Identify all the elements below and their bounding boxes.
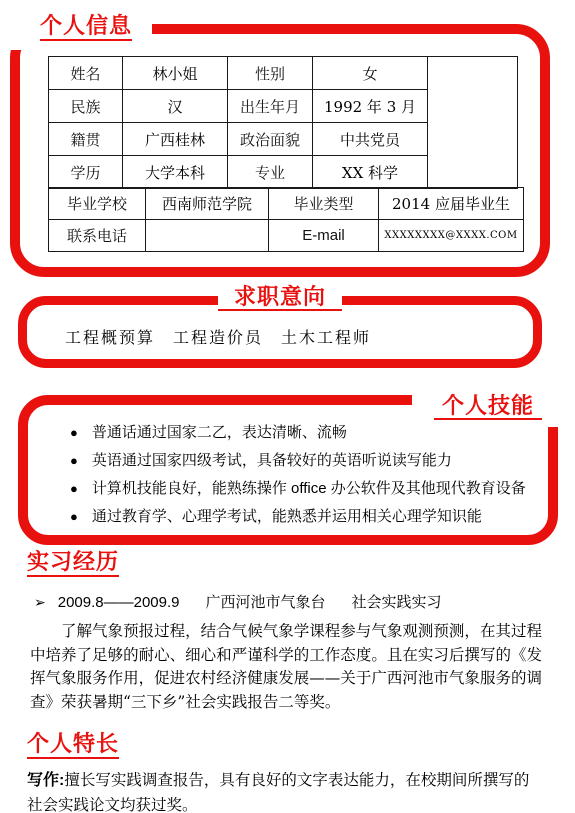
list-item: ●计算机技能良好，能熟练操作 office 办公软件及其他现代教育设备 [70,478,526,500]
photo-placeholder [428,57,518,189]
field-label: 性别 [228,57,313,90]
table-row: 联系电话 E-mail XXXXXXXX@XXXX.COM [49,220,524,252]
skill-text: 通过教育学、心理学考试，能熟悉并运用相关心理学知识能 [92,508,482,525]
field-label: 毕业类型 [269,188,379,220]
field-value: 广西桂林 [123,123,228,156]
bullet-dot-icon: ● [70,425,78,440]
skills-title: 个人技能 [434,393,542,420]
field-value: 女 [313,57,428,90]
field-value: 林小姐 [123,57,228,90]
list-item: ●英语通过国家四级考试，具备较好的英语听说读写能力 [70,450,526,472]
field-value: XX 科学 [313,156,428,189]
table-row: 姓名 林小姐 性别 女 [49,57,518,90]
field-value: 中共党员 [313,123,428,156]
field-value: 1992 年 3 月 [313,90,428,123]
arrow-bullet-icon: ➢ [34,594,46,610]
field-label: 学历 [49,156,123,189]
field-value [146,220,269,252]
skills-box: 个人技能 ●普通话通过国家二乙，表达清晰、流畅 ●英语通过国家四级考试，具备较好… [18,395,558,545]
email-value: XXXXXXXX@XXXX.COM [379,220,524,252]
field-label: 民族 [49,90,123,123]
internship-entry: ➢2009.8——2009.9广西河池市气象台社会实践实习 [34,591,442,612]
field-label: E-mail [269,220,379,252]
strengths-text: 写作:擅长写实践调查报告，具有良好的文字表达能力，在校期间所撰写的社会实践论文均… [27,768,543,813]
personal-info-table: 姓名 林小姐 性别 女 民族 汉 出生年月 1992 年 3 月 籍贯 广西桂林… [48,56,518,189]
internship-title: 实习经历 [27,549,119,577]
list-item: ●通过教育学、心理学考试，能熟悉并运用相关心理学知识能 [70,506,526,528]
skills-list: ●普通话通过国家二乙，表达清晰、流畅 ●英语通过国家四级考试，具备较好的英语听说… [28,405,536,534]
strengths-label: 写作: [27,772,64,789]
skill-text: 普通话通过国家二乙，表达清晰、流畅 [92,424,347,441]
job-intention-box: 求职意向 工程概预算 工程造价员 土木工程师 [18,296,542,368]
field-label: 联系电话 [49,220,146,252]
internship-description: 了解气象预报过程，结合气候气象学课程参与气象观测预测，在其过程中培养了足够的耐心… [30,620,542,714]
strengths-body: 擅长写实践调查报告，具有良好的文字表达能力，在校期间所撰写的社会实践论文均获过奖… [27,771,529,813]
job-intention-text: 工程概预算 工程造价员 土木工程师 [65,325,371,348]
field-value: 大学本科 [123,156,228,189]
strengths-title: 个人特长 [27,731,119,759]
skill-text: 计算机技能良好，能熟练操作 office 办公软件及其他现代教育设备 [92,480,526,497]
personal-info-title: 个人信息 [40,13,132,41]
internship-role: 社会实践实习 [352,594,442,611]
field-label: 姓名 [49,57,123,90]
personal-info-box: 姓名 林小姐 性别 女 民族 汉 出生年月 1992 年 3 月 籍贯 广西桂林… [10,24,550,277]
field-label: 籍贯 [49,123,123,156]
list-item: ●普通话通过国家二乙，表达清晰、流畅 [70,422,526,444]
personal-info-table-bottom: 毕业学校 西南师范学院 毕业类型 2014 应届毕业生 联系电话 E-mail … [48,187,524,252]
field-value: 2014 应届毕业生 [379,188,524,220]
field-label: 出生年月 [228,90,313,123]
field-label: 专业 [228,156,313,189]
table-row: 毕业学校 西南师范学院 毕业类型 2014 应届毕业生 [49,188,524,220]
bullet-dot-icon: ● [70,453,78,468]
field-value: 汉 [123,90,228,123]
internship-period: 2009.8——2009.9 [58,594,180,611]
field-value: 西南师范学院 [146,188,269,220]
skill-text: 英语通过国家四级考试，具备较好的英语听说读写能力 [92,452,452,469]
job-intention-title: 求职意向 [218,284,342,311]
internship-org: 广西河池市气象台 [206,594,326,611]
bullet-dot-icon: ● [70,481,78,496]
field-label: 政治面貌 [228,123,313,156]
field-label: 毕业学校 [49,188,146,220]
bullet-dot-icon: ● [70,509,78,524]
